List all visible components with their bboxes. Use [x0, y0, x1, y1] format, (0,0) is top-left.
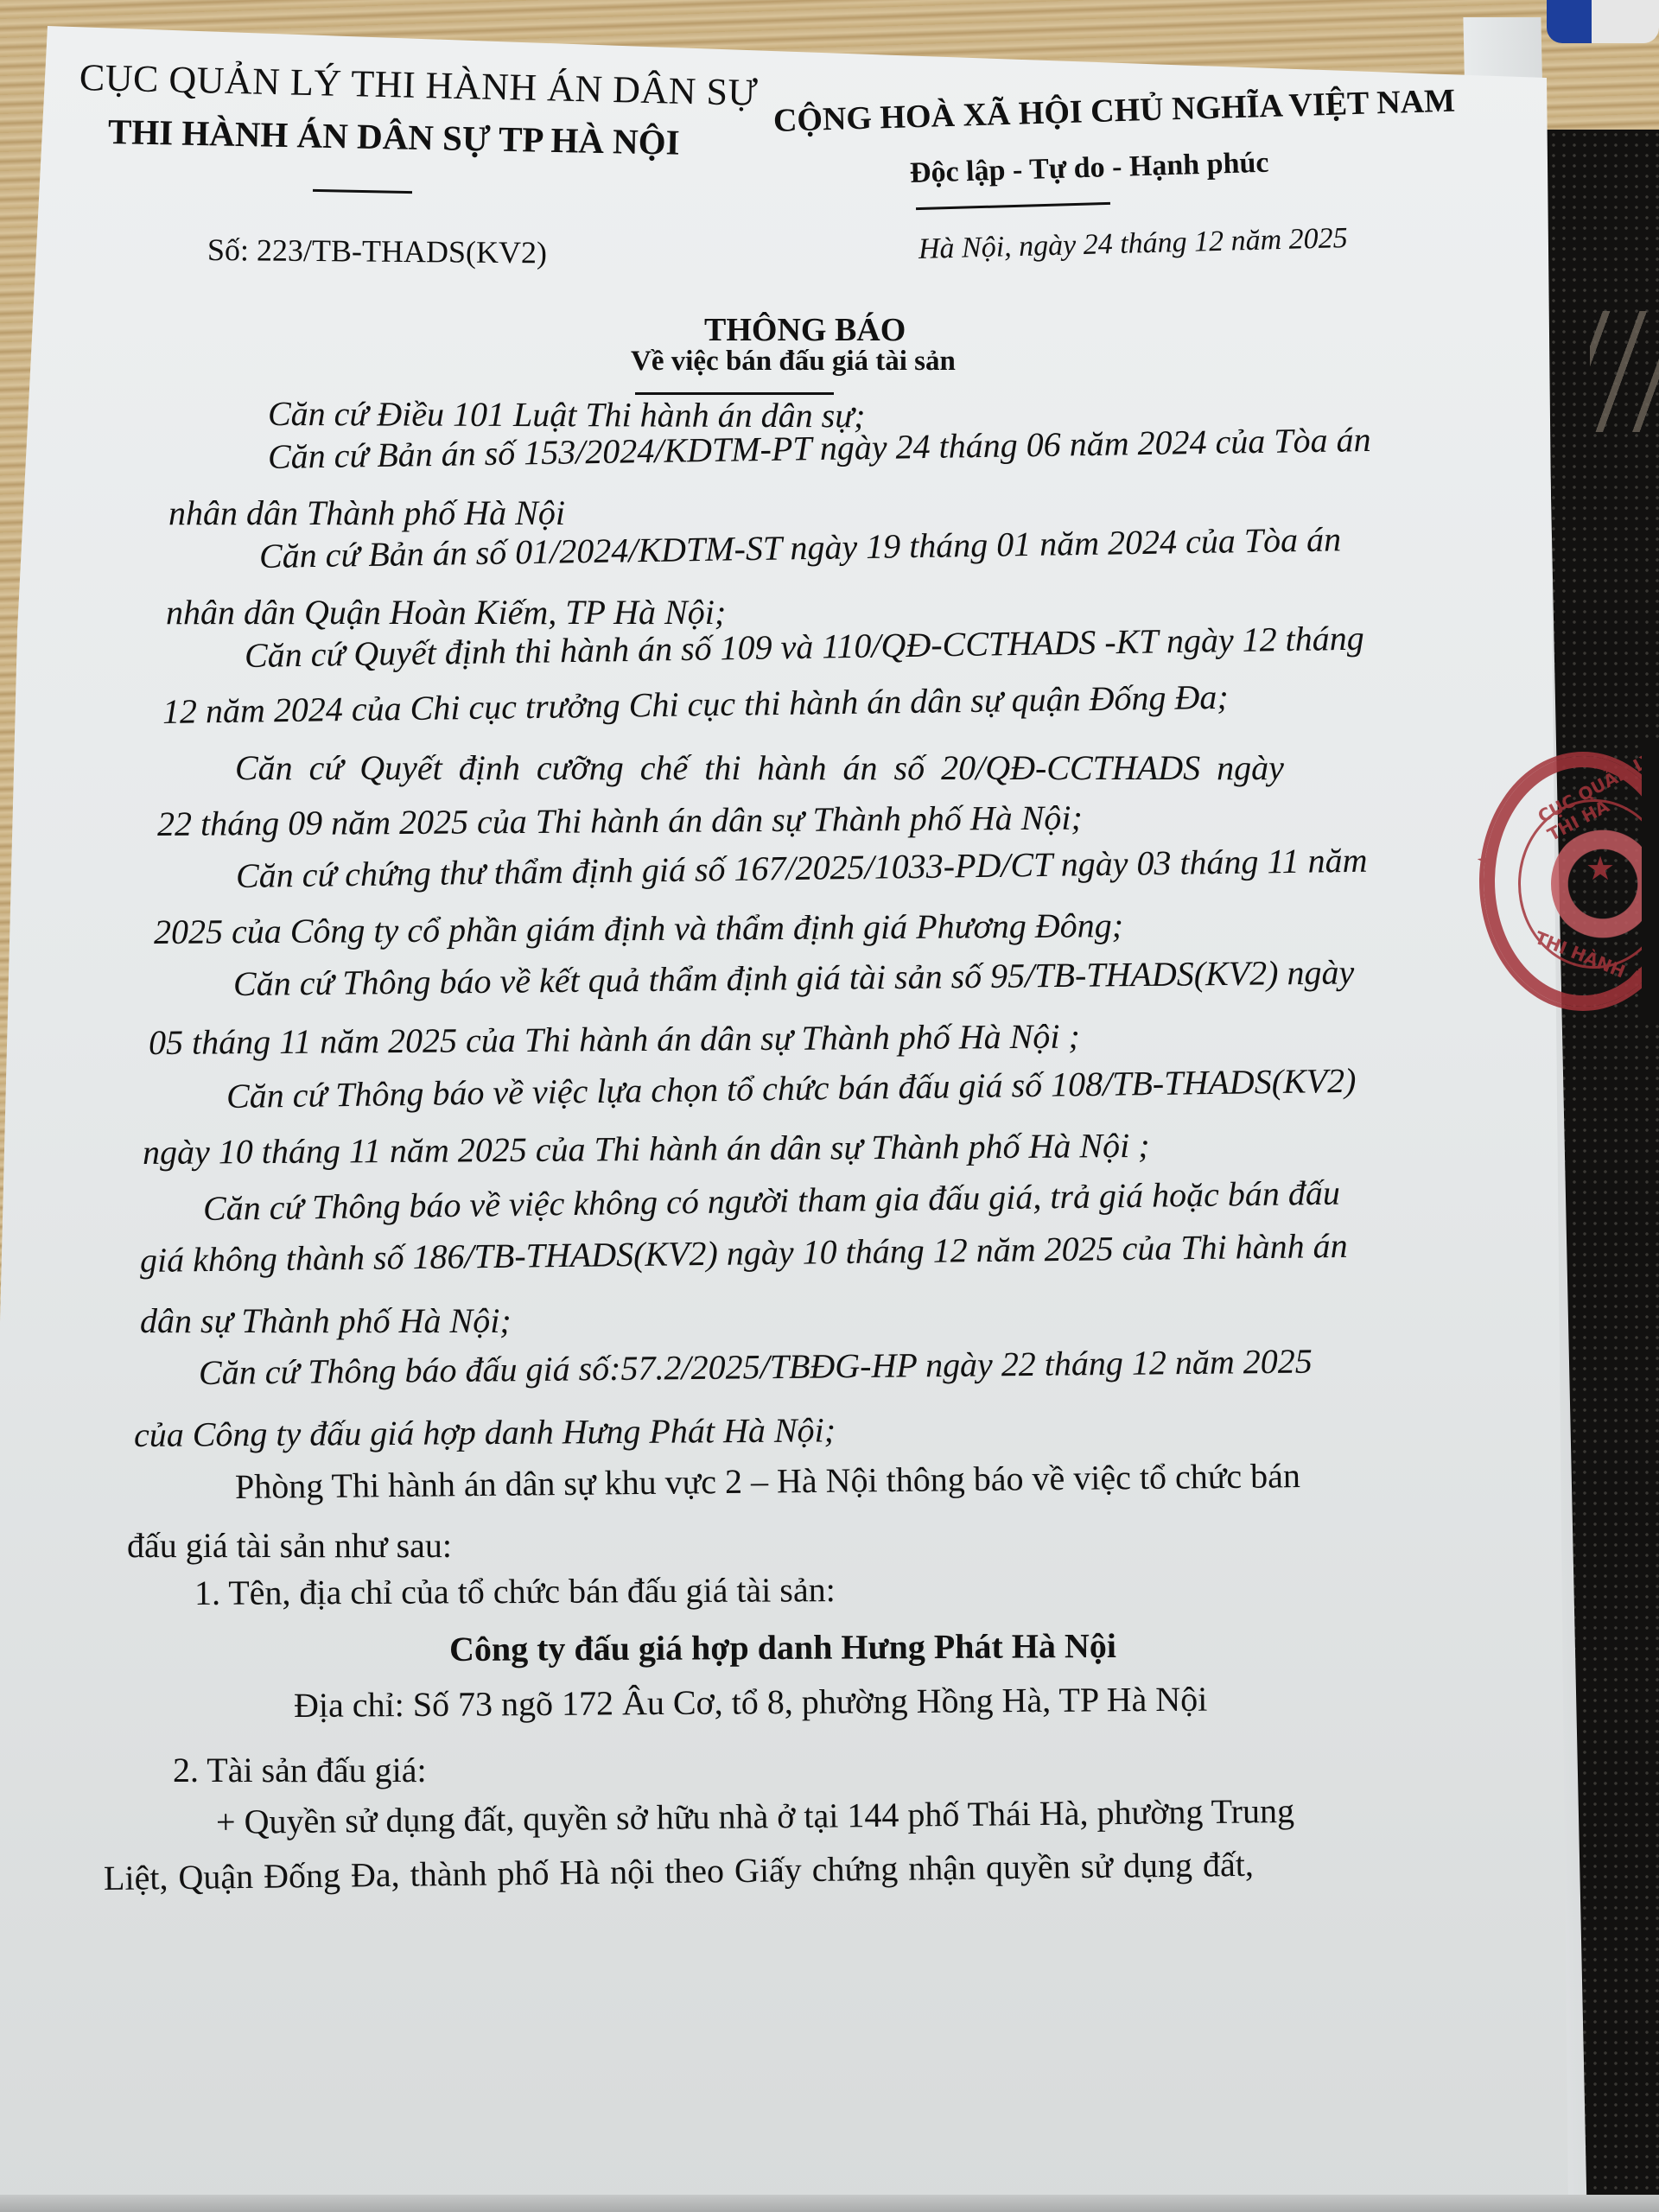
body-line: 2025 của Công ty cổ phần giám định và th…: [154, 905, 1123, 952]
body-line: Công ty đấu giá hợp danh Hưng Phát Hà Nộ…: [449, 1625, 1116, 1669]
body-line: nhân dân Thành phố Hà Nội: [168, 493, 565, 533]
paper-bottom-edge: [0, 2195, 1659, 2212]
body-line: Căn cứ Thông báo về kết quả thẩm định gi…: [233, 951, 1355, 1004]
blue-pen: [1547, 0, 1659, 43]
body-line: 22 tháng 09 năm 2025 của Thi hành án dân…: [157, 798, 1083, 844]
body-line: Địa chỉ: Số 73 ngõ 172 Âu Cơ, tổ 8, phườ…: [294, 1679, 1208, 1726]
body-line: Căn cứ Quyết định cưỡng chế thi hành án …: [235, 747, 1284, 788]
fabric-edge: [1642, 743, 1659, 1020]
body-line: 1. Tên, địa chỉ của tổ chức bán đấu giá …: [194, 1569, 836, 1613]
country-name: CỘNG HOÀ XÃ HỘI CHỦ NGHĨA VIỆT NAM: [772, 82, 1455, 140]
document-title: THÔNG BÁO: [704, 311, 906, 349]
body-line: Căn cứ Thông báo đấu giá số:57.2/2025/TB…: [199, 1341, 1313, 1393]
body-line: Căn cứ chứng thư thẩm định giá số 167/20…: [236, 840, 1368, 896]
document-number: Số: 223/TB-THADS(KV2): [207, 232, 547, 270]
body-line: + Quyền sử dụng đất, quyền sở hữu nhà ở …: [216, 1790, 1294, 1842]
body-line: Phòng Thi hành án dân sự khu vực 2 – Hà …: [235, 1455, 1300, 1507]
body-line: đấu giá tài sản như sau:: [127, 1525, 452, 1566]
national-motto: Độc lập - Tự do - Hạnh phúc: [909, 147, 1269, 190]
body-line: nhân dân Quận Hoàn Kiếm, TP Hà Nội;: [166, 592, 726, 632]
body-line: ngày 10 tháng 11 năm 2025 của Thi hành á…: [143, 1125, 1150, 1173]
agency-parent-name: CỤC QUẢN LÝ THI HÀNH ÁN DÂN SỰ: [79, 55, 758, 115]
seal-star-left-icon: ★: [1473, 852, 1493, 869]
body-line: 05 tháng 11 năm 2025 của Thi hành án dân…: [149, 1015, 1080, 1063]
notice-document: CỤC QUẢN LÝ THI HÀNH ÁN DÂN SỰ THI HÀNH …: [0, 26, 1568, 2212]
body-line: Liệt, Quận Đống Đa, thành phố Hà nội the…: [104, 1844, 1254, 1898]
body-line: Căn cứ Thông báo về việc không có người …: [203, 1173, 1340, 1229]
agency-underline: [313, 189, 412, 194]
agency-name: THI HÀNH ÁN DÂN SỰ TP HÀ NỘI: [108, 111, 681, 163]
body-line: giá không thành số 186/TB-THADS(KV2) ngà…: [140, 1225, 1348, 1281]
document-subject: Về việc bán đấu giá tài sản: [631, 346, 956, 378]
star-icon: ★: [1586, 849, 1615, 887]
document-date: Hà Nội, ngày 24 tháng 12 năm 2025: [918, 222, 1349, 266]
fabric-pattern: [1590, 311, 1659, 432]
body-line: 2. Tài sản đấu giá:: [173, 1750, 427, 1790]
body-line: Căn cứ Thông báo về việc lựa chọn tổ chứ…: [226, 1060, 1357, 1116]
body-line: dân sự Thành phố Hà Nội;: [140, 1300, 512, 1341]
body-line: của Công ty đấu giá hợp danh Hưng Phát H…: [134, 1409, 836, 1455]
body-line: 12 năm 2024 của Chi cục trưởng Chi cục t…: [162, 677, 1229, 732]
motto-underline: [916, 202, 1110, 210]
